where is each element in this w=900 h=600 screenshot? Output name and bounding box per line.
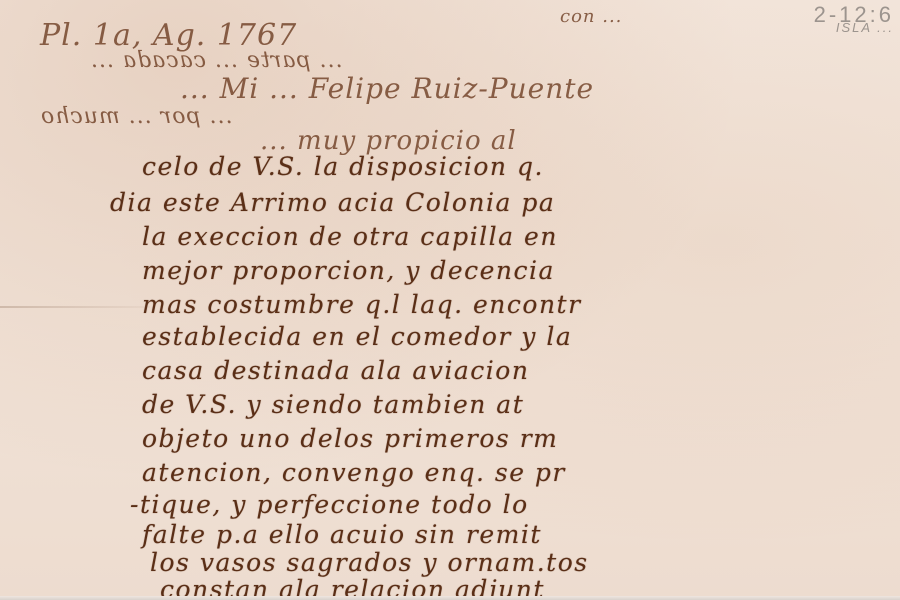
body-line: objeto uno delos primeros rm	[142, 424, 558, 453]
body-line: establecida en el comedor y la	[142, 322, 572, 351]
body-line: mas costumbre q.l laq. encontr	[142, 290, 582, 319]
body-line: celo de V.S. la disposicion q.	[142, 152, 544, 181]
bleedthrough-line: ... parte ... cacada ...	[90, 48, 343, 73]
page-bottom-edge	[0, 596, 900, 600]
body-line: los vasos sagrados y ornam.tos	[150, 548, 589, 577]
paper-fold-line	[0, 306, 150, 308]
body-line: dia este Arrimo acia Colonia pa	[110, 188, 555, 217]
addressee-line: ... Mi ... Felipe Ruiz-Puente	[180, 72, 594, 105]
body-line: atencion, convengo enq. se pr	[142, 458, 566, 487]
body-line: la execcion de otra capilla en	[142, 222, 558, 251]
manuscript-page: 2-12:6 ISLA ... Pl. 1a, Ag. 1767 con ...…	[0, 0, 900, 600]
body-line: mejor proporcion, y decencia	[142, 256, 555, 285]
body-line: falte p.a ello acuio sin remit	[142, 520, 542, 549]
body-line: de V.S. y siendo tambien at	[142, 390, 524, 419]
body-line: casa destinada ala aviacion	[142, 356, 529, 385]
archival-place-mark: ISLA ...	[836, 20, 894, 35]
body-line: -tique, y perfeccione todo lo	[130, 490, 529, 519]
header-fragment: con ...	[560, 6, 622, 27]
bleedthrough-line: ... por ... mucho	[40, 104, 233, 129]
